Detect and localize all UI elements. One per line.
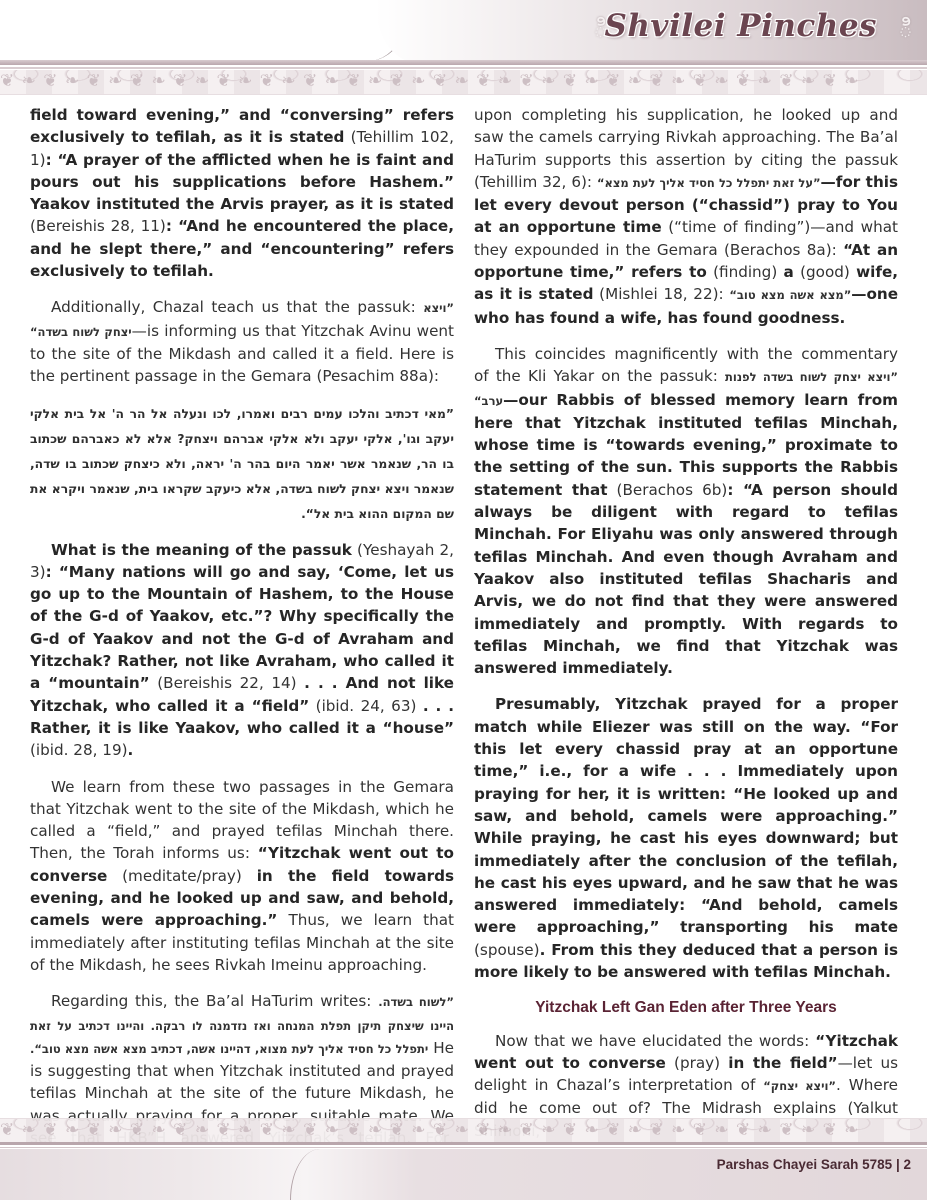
header-divider-thin: [0, 67, 927, 69]
bold-text: : “A prayer of the afflicted when he is …: [30, 151, 454, 214]
footer-label: Parshas Chayei Sarah 5785 | 2: [717, 1157, 911, 1172]
publication-title: Shvilei Pinches: [605, 8, 878, 44]
bold-text: .: [128, 741, 134, 759]
citation: (Mishlei 18, 22):: [593, 285, 729, 303]
bold-text: in the field”: [728, 1054, 837, 1072]
paragraph: upon completing his supplication, he loo…: [474, 104, 898, 329]
footer-separator: |: [892, 1157, 903, 1172]
citation: (Bereishis 28, 11): [30, 217, 166, 235]
footer-ornamental-border: ❦ ❧ ❦ ❧ ❦ ❧ ❦ ❧ ❦ ❧ ❦ ❧ ❦ ❧ ❦ ❧ ❦ ❧ ❦ ❧ …: [0, 1118, 927, 1143]
body-text: (spouse): [474, 941, 540, 959]
parsha-name: Parshas Chayei Sarah 5785: [717, 1157, 893, 1172]
bold-text: a: [784, 263, 794, 281]
paragraph: What is the meaning of the passuk (Yesha…: [30, 539, 454, 762]
paragraph: We learn from these two passages in the …: [30, 776, 454, 977]
left-column: field toward evening,” and “conversing” …: [30, 104, 454, 1186]
page-number: 2: [903, 1157, 911, 1172]
paragraph: Presumably, Yitzchak prayed for a proper…: [474, 693, 898, 983]
header-ornamental-border: ❦ ❧ ❦ ❧ ❦ ❧ ❦ ❧ ❦ ❧ ❦ ❧ ❦ ❧ ❦ ❧ ❦ ❧ ❦ ❧ …: [0, 70, 927, 95]
bold-text: : “A person should always be diligent wi…: [474, 481, 898, 677]
hebrew-quote: ”על זאת יתפלל כל חסיד אליך לעת מצא“: [597, 176, 821, 190]
hebrew-quote: ”ויצא יצחק“: [763, 1079, 836, 1093]
body-text: Additionally, Chazal teach us that the p…: [51, 298, 423, 316]
footer-divider-thin: [0, 1147, 927, 1148]
section-heading: Yitzchak Left Gan Eden after Three Years: [474, 997, 898, 1019]
citation: (ibid. 28, 19): [30, 741, 128, 759]
right-column: upon completing his supplication, he loo…: [474, 104, 898, 1156]
bold-text: Presumably, Yitzchak prayed for a proper…: [474, 695, 898, 936]
citation: (ibid. 24, 63): [309, 697, 423, 715]
paragraph: This coincides magnificently with the co…: [474, 343, 898, 679]
paragraph: field toward evening,” and “conversing” …: [30, 104, 454, 282]
citation: (Bereishis 22, 14): [150, 674, 305, 692]
swirl-ornament-icon: ి: [898, 14, 913, 50]
citation: (Berachos 6b): [607, 481, 727, 499]
header-divider: [0, 60, 927, 65]
body-text: Regarding this, the Ba’al HaTurim writes…: [51, 992, 378, 1010]
body-text: (good): [794, 263, 856, 281]
body-text: (finding): [707, 263, 784, 281]
bold-text: : “Many nations will go and say, ‘Come, …: [30, 563, 454, 692]
body-text: (pray): [666, 1054, 728, 1072]
footer-divider: [0, 1142, 927, 1145]
hebrew-quote: ”מצא אשה מצא טוב“: [729, 288, 851, 302]
bold-text: What is the meaning of the passuk: [51, 541, 352, 559]
paragraph: Additionally, Chazal teach us that the p…: [30, 296, 454, 387]
body-text: (meditate/pray): [107, 867, 256, 885]
gemara-hebrew-quote: ”מאי דכתיב והלכו עמים רבים ואמרו, לכו ונ…: [30, 402, 454, 527]
body-text: Now that we have elucidated the words:: [495, 1032, 815, 1050]
